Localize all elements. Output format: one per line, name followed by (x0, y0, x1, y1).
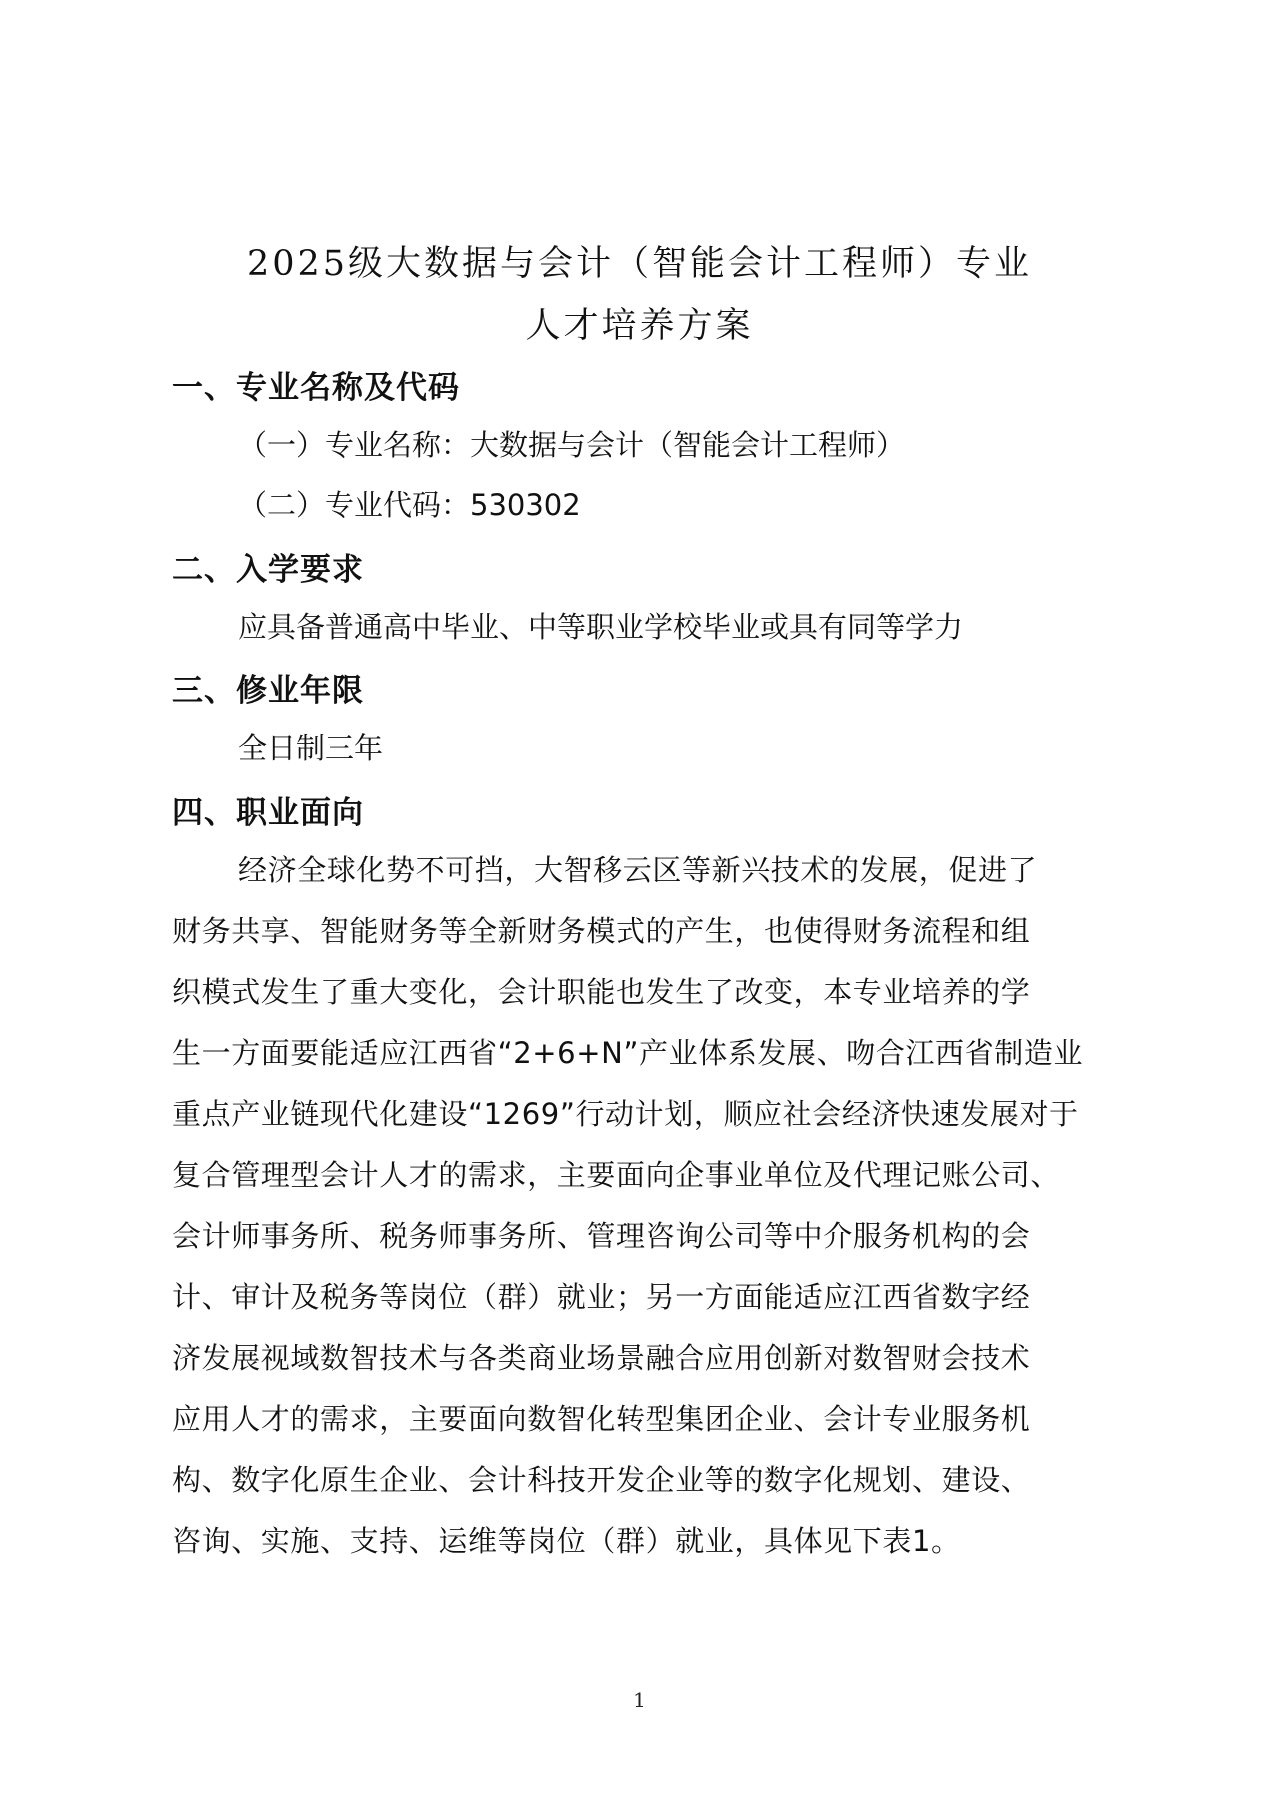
paragraph-line: 会计师事务所、税务师事务所、管理咨询公司等中介服务机构的会 (172, 1214, 1030, 1255)
paragraph-line: 咨询、实施、支持、运维等岗位（群）就业，具体见下表1。 (172, 1519, 961, 1560)
paragraph-line: 构、数字化原生企业、会计科技开发企业等的数字化规划、建设、 (172, 1458, 1030, 1499)
paragraph-line: 经济全球化势不可挡，大智移云区等新兴技术的发展，促进了 (238, 848, 1037, 889)
document-title-line-2: 人才培养方案 (0, 298, 1279, 348)
major-name-line: （一）专业名称：大数据与会计（智能会计工程师） (238, 423, 905, 464)
document-page: 2025级大数据与会计（智能会计工程师）专业 人才培养方案 一、专业名称及代码 … (0, 0, 1279, 1809)
paragraph-line: 复合管理型会计人才的需求，主要面向企事业单位及代理记账公司、 (172, 1153, 1060, 1194)
paragraph-line: 生一方面要能适应江西省“2+6+N”产业体系发展、吻合江西省制造业 (172, 1031, 1083, 1072)
section-heading-duration: 三、修业年限 (172, 665, 364, 710)
section-heading-admission: 二、入学要求 (172, 544, 364, 589)
paragraph-line: 应用人才的需求，主要面向数智化转型集团企业、会计专业服务机 (172, 1397, 1030, 1438)
major-code-line: （二）专业代码：530302 (238, 483, 581, 524)
paragraph-line: 计、审计及税务等岗位（群）就业；另一方面能适应江西省数字经 (172, 1275, 1030, 1316)
duration-text: 全日制三年 (238, 726, 383, 767)
paragraph-line: 济发展视域数智技术与各类商业场景融合应用创新对数智财会技术 (172, 1336, 1030, 1377)
paragraph-line: 财务共享、智能财务等全新财务模式的产生，也使得财务流程和组 (172, 909, 1030, 950)
page-number: 1 (0, 1688, 1279, 1712)
section-heading-career-orientation: 四、职业面向 (172, 787, 364, 832)
section-heading-major-name-code: 一、专业名称及代码 (172, 362, 460, 407)
paragraph-line: 重点产业链现代化建设“1269”行动计划，顺应社会经济快速发展对于 (172, 1092, 1079, 1133)
document-title-line-1: 2025级大数据与会计（智能会计工程师）专业 (0, 236, 1279, 286)
paragraph-line: 织模式发生了重大变化，会计职能也发生了改变，本专业培养的学 (172, 970, 1030, 1011)
admission-requirement-text: 应具备普通高中毕业、中等职业学校毕业或具有同等学力 (238, 605, 963, 646)
